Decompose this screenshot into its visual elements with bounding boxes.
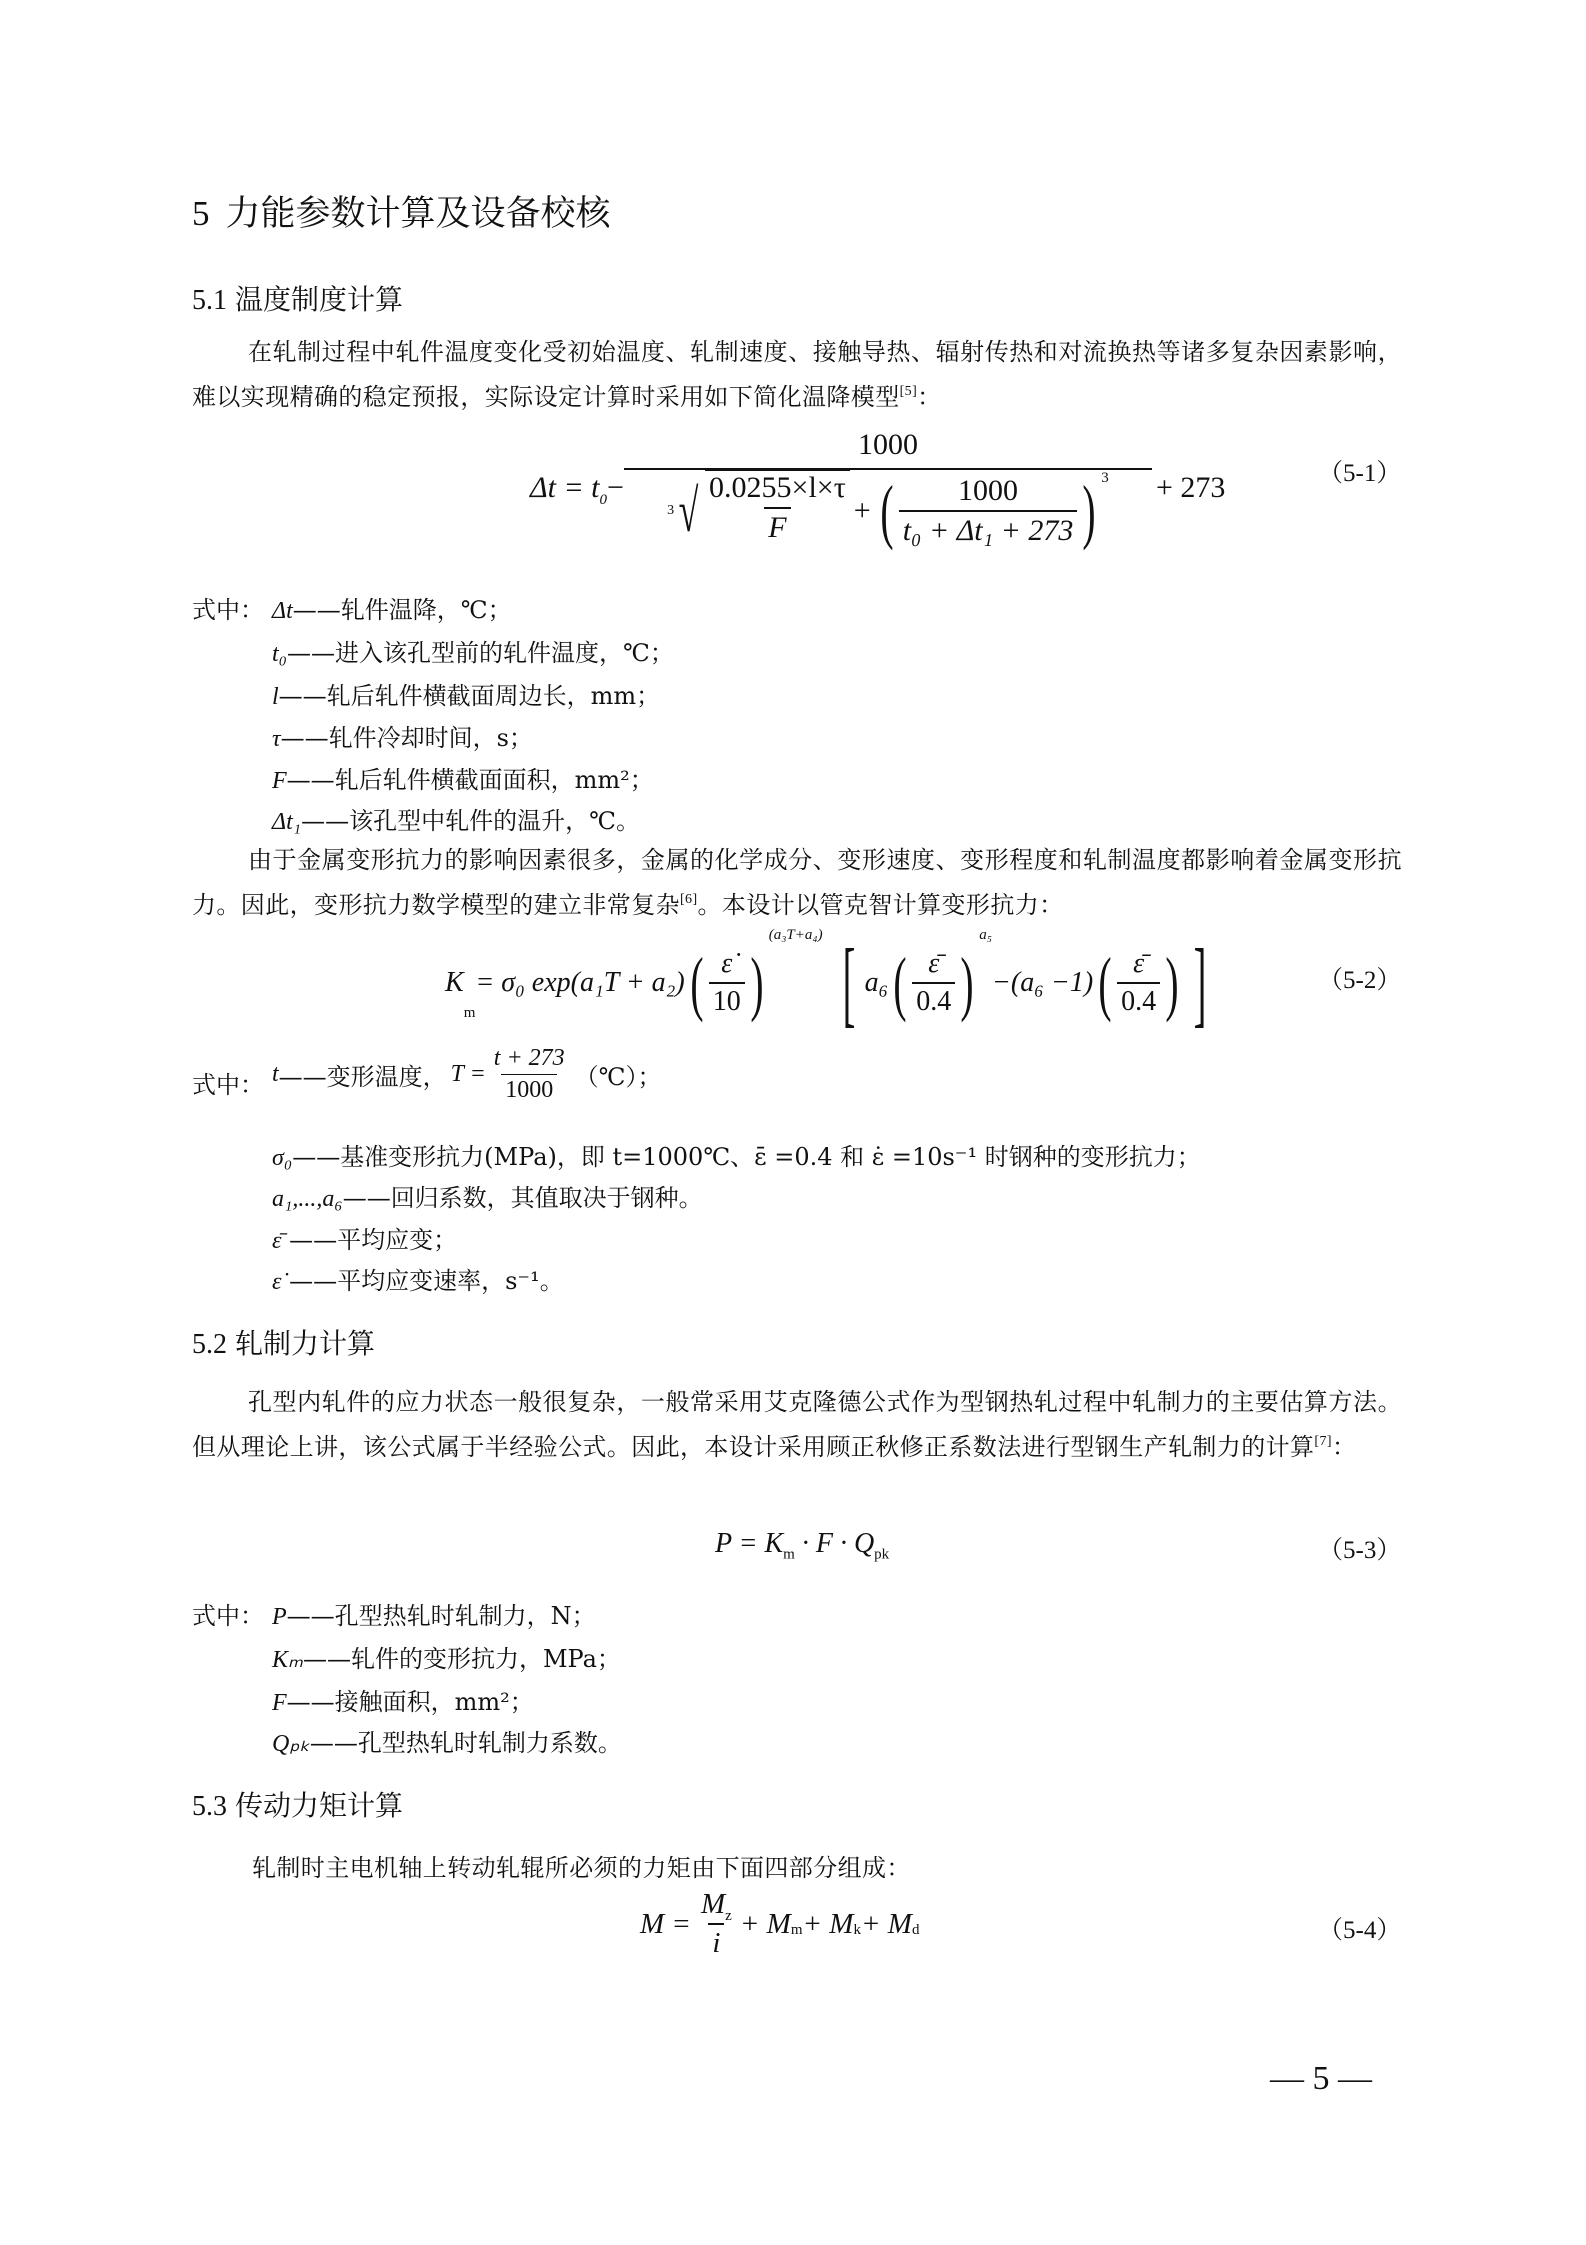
paren-denominator: t₀ + Δt₁ + 273	[899, 510, 1078, 548]
chapter-title-text: 力能参数计算及设备校核	[226, 194, 611, 234]
left-bracket: [	[842, 935, 855, 1031]
paragraph-rolling-force: 孔型内轧件的应力状态一般很复杂，一般常采用艾克隆德公式作为型钢热轧过程中轧制力的…	[192, 1380, 1402, 1470]
definition-item: P——孔型热轧时轧制力，N；	[272, 1596, 596, 1631]
section-heading-5-1: 5.1温度制度计算	[192, 278, 403, 318]
paragraph-tail: ：	[1332, 1433, 1356, 1461]
plus: +	[854, 494, 871, 528]
paren-numerator: 1000	[954, 474, 1022, 510]
equation-5-4: M = Mz i + Mm + Mk + Md	[640, 1888, 919, 1960]
definition-item: ε̄ ——平均应变；	[272, 1220, 457, 1255]
paragraph-tail: 。本设计以管克智计算变形抗力：	[698, 891, 1064, 919]
strain-rate-fraction: ε̇10	[709, 948, 745, 1018]
right-paren: )	[1166, 947, 1179, 1019]
equation-number-5-3: （5-3）	[1318, 1530, 1401, 1566]
section-heading-5-3: 5.3传动力矩计算	[192, 1784, 403, 1824]
definition-item: σ₀——基准变形抗力(MPa)，即 t=1000℃、ε̄ =0.4 和 ε̇ =…	[272, 1137, 1201, 1172]
eq-lhs: Δt = t0	[530, 471, 607, 505]
paragraph-text: 孔型内轧件的应力状态一般很复杂，一般常采用艾克隆德公式作为型钢热轧过程中轧制力的…	[192, 1388, 1402, 1461]
definition-item: F——轧后轧件横截面面积，mm²；	[272, 760, 654, 795]
paragraph-text: 在轧制过程中轧件温度变化受初始温度、轧制速度、接触导热、辐射传热和对流换热等诸多…	[192, 338, 1402, 411]
equation-number-5-1: （5-1）	[1318, 453, 1401, 489]
section-title: 温度制度计算	[235, 283, 403, 316]
section-number: 5.3	[192, 1791, 227, 1822]
left-paren: (	[1099, 947, 1112, 1019]
citation-ref: [6]	[680, 892, 698, 907]
left-paren: (	[894, 947, 907, 1019]
inner-denominator: F	[764, 507, 790, 545]
definition-item: ε̇ ——平均应变速率，s⁻¹。	[272, 1261, 564, 1296]
definition-item: l——轧后轧件横截面周边长，mm；	[272, 676, 660, 711]
section-heading-5-2: 5.2轧制力计算	[192, 1322, 375, 1362]
equation-5-2: Km = σ₀ exp(a₁T + a₂) ( ε̇10 ) (a₃T+a₄) …	[445, 935, 1216, 1031]
where-label: 式中：	[192, 590, 264, 625]
left-paren: (	[690, 947, 703, 1019]
denominator: 3 √ 0.0255×l×τ F + ( 1000 t₀ + Δt₁ + 273…	[624, 468, 1152, 548]
equation-number-5-2: （5-2）	[1318, 960, 1401, 996]
definition-item: τ——轧件冷却时间，s；	[272, 718, 533, 753]
chapter-title: 5力能参数计算及设备校核	[192, 186, 611, 236]
right-bracket: ]	[1194, 935, 1207, 1031]
numerator: 1000	[854, 428, 922, 468]
equation-number-5-4: （5-4）	[1318, 1910, 1401, 1946]
paren-fraction: 1000 t₀ + Δt₁ + 273	[899, 474, 1078, 548]
right-paren: )	[961, 947, 974, 1019]
equation-5-3: P = Km · F · Qpk	[715, 1528, 889, 1560]
citation-ref: [5]	[900, 384, 918, 399]
definition-item: F——接触面积，mm²；	[272, 1682, 534, 1717]
equation-5-1: Δt = t0 − 1000 3 √ 0.0255×l×τ F + ( 1000…	[530, 428, 1225, 548]
paragraph-temperature-model: 在轧制过程中轧件温度变化受初始温度、轧制速度、接触导热、辐射传热和对流换热等诸多…	[192, 330, 1402, 420]
section-number: 5.2	[192, 1329, 227, 1360]
eq-tail: + 273	[1156, 471, 1225, 505]
definition-item: Qₚₖ——孔型热轧时轧制力系数。	[272, 1723, 622, 1758]
left-paren: (	[880, 475, 893, 547]
paragraph-deformation-resistance: 由于金属变形抗力的影响因素很多，金属的化学成分、变形速度、变形程度和轧制温度都影…	[192, 838, 1402, 928]
eq-mid: −(a₆ −1)	[992, 967, 1093, 999]
paragraph-tail: ：	[917, 383, 941, 411]
coef-a6: a₆	[865, 967, 889, 999]
strain-fraction: ε̄0.4	[912, 948, 955, 1018]
section-number: 5.1	[192, 285, 227, 316]
definition-item: Kₘ——轧件的变形抗力，MPa；	[272, 1639, 621, 1674]
inner-fraction: 0.0255×l×τ F	[705, 469, 850, 545]
right-paren: )	[750, 947, 763, 1019]
section-title: 传动力矩计算	[235, 1789, 403, 1822]
definition-item: Δt₁——该孔型中轧件的温升，℃。	[272, 801, 640, 836]
eq-lhs: K	[445, 967, 464, 999]
right-paren: )	[1083, 475, 1096, 547]
page-number: — 5 —	[1270, 2060, 1372, 2098]
inner-numerator: 0.0255×l×τ	[705, 471, 850, 507]
definition-item: a₁,...,a₆——回归系数，其值取决于钢种。	[272, 1178, 703, 1213]
where-label: 式中：	[192, 1596, 264, 1631]
chapter-number: 5	[192, 194, 210, 233]
definition-item: Δt——轧件温降，℃；	[272, 590, 512, 625]
definition-item-t: t——变形温度， T = t + 2731000 （℃）；	[272, 1045, 662, 1104]
section-title: 轧制力计算	[235, 1327, 375, 1360]
strain-fraction: ε̄0.4	[1117, 948, 1160, 1018]
citation-ref: [7]	[1314, 1434, 1332, 1449]
radical-sign: √	[679, 477, 699, 546]
eq-part1: = σ₀ exp(a₁T + a₂)	[475, 967, 684, 999]
eq-minus: −	[607, 471, 624, 505]
paragraph-torque: 轧制时主电机轴上转动轧辊所必须的力矩由下面四部分组成：	[252, 1848, 911, 1883]
torque-fraction: Mz i	[697, 1888, 736, 1960]
definition-item: t₀——进入该孔型前的轧件温度，℃；	[272, 633, 674, 668]
where-label: 式中：	[192, 1065, 264, 1100]
main-fraction: 1000 3 √ 0.0255×l×τ F + ( 1000 t₀ + Δt₁ …	[624, 428, 1152, 548]
